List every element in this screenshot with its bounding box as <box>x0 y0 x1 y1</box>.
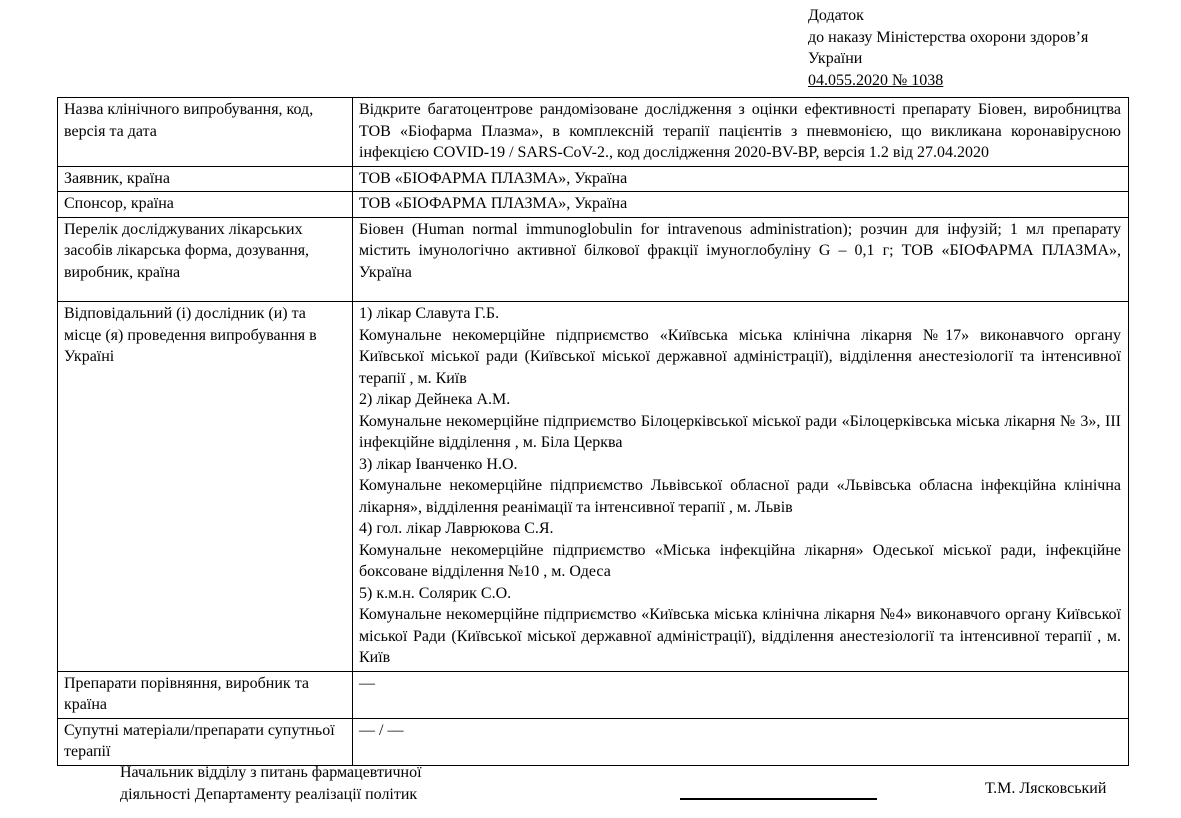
row-value-paragraph: Комунальне некомерційне підприємство «Ки… <box>359 325 1121 390</box>
signatory-name: Т.М. Лясковський <box>985 778 1106 800</box>
row-value-paragraph: Комунальне некомерційне підприємство Біл… <box>359 411 1121 454</box>
table-row: Заявник, країнаТОВ «БІОФАРМА ПЛАЗМА», Ук… <box>58 166 1129 192</box>
row-value-paragraph: 3) лікар Іванченко Н.О. <box>359 454 1121 476</box>
row-value-paragraph: Комунальне некомерційне підприємство Льв… <box>359 475 1121 518</box>
row-value: — / — <box>353 718 1129 765</box>
row-value: Відкрите багатоцентрове рандомізоване до… <box>353 98 1129 167</box>
clinical-trial-info-table: Назва клінічного випробування, код, верс… <box>57 97 1129 766</box>
document-page: Додаток до наказу Міністерства охорони з… <box>0 0 1181 818</box>
row-value: Біовен (Human normal immunoglobulin for … <box>353 217 1129 302</box>
header-line-1: Додаток <box>808 5 1168 27</box>
row-label: Назва клінічного випробування, код, верс… <box>58 98 353 167</box>
row-value-paragraph: 2) лікар Дейнека А.М. <box>359 389 1121 411</box>
row-value-paragraph: Комунальне некомерційне підприємство «Ки… <box>359 604 1121 669</box>
table-row: Відповідальний (і) дослідник (и) та місц… <box>58 302 1129 672</box>
row-value: ТОВ «БІОФАРМА ПЛАЗМА», Україна <box>353 192 1129 218</box>
row-label: Заявник, країна <box>58 166 353 192</box>
table-row: Назва клінічного випробування, код, верс… <box>58 98 1129 167</box>
row-value-paragraph: ТОВ «БІОФАРМА ПЛАЗМА», Україна <box>359 168 1121 190</box>
row-value: ТОВ «БІОФАРМА ПЛАЗМА», Україна <box>353 166 1129 192</box>
table-row: Супутні матеріали/препарати супутньої те… <box>58 718 1129 765</box>
table-row: Перелік досліджуваних лікарських засобів… <box>58 217 1129 302</box>
row-value-paragraph: 5) к.м.н. Солярик С.О. <box>359 583 1121 605</box>
row-label: Відповідальний (і) дослідник (и) та місц… <box>58 302 353 672</box>
row-value-paragraph: 4) гол. лікар Лаврюкова С.Я. <box>359 518 1121 540</box>
row-label: Препарати порівняння, виробник та країна <box>58 671 353 718</box>
row-value-paragraph: Відкрите багатоцентрове рандомізоване до… <box>359 99 1121 164</box>
signatory-title: Начальник відділу з питань фармацевтично… <box>120 762 485 805</box>
row-value-paragraph <box>359 283 1121 299</box>
table-row: Препарати порівняння, виробник та країна… <box>58 671 1129 718</box>
row-value-paragraph: ТОВ «БІОФАРМА ПЛАЗМА», Україна <box>359 193 1121 215</box>
signature-line <box>680 782 877 800</box>
row-value-paragraph: Комунальне некомерційне підприємство «Мі… <box>359 540 1121 583</box>
row-value-paragraph: Біовен (Human normal immunoglobulin for … <box>359 219 1121 284</box>
row-value: 1) лікар Славута Г.Б.Комунальне некомерц… <box>353 302 1129 672</box>
row-label: Супутні матеріали/препарати супутньої те… <box>58 718 353 765</box>
table-row: Спонсор, країнаТОВ «БІОФАРМА ПЛАЗМА», Ук… <box>58 192 1129 218</box>
row-value-paragraph: 1) лікар Славута Г.Б. <box>359 303 1121 325</box>
appendix-header: Додаток до наказу Міністерства охорони з… <box>808 5 1168 91</box>
row-value: — <box>353 671 1129 718</box>
header-line-3: України <box>808 48 1168 70</box>
order-reference: 04.055.2020 № 1038 <box>808 70 1168 92</box>
row-value-paragraph: — <box>359 673 1121 695</box>
row-value-paragraph: — / — <box>359 720 1121 742</box>
header-line-2: до наказу Міністерства охорони здоров’я <box>808 27 1168 49</box>
row-label: Перелік досліджуваних лікарських засобів… <box>58 217 353 302</box>
row-label: Спонсор, країна <box>58 192 353 218</box>
